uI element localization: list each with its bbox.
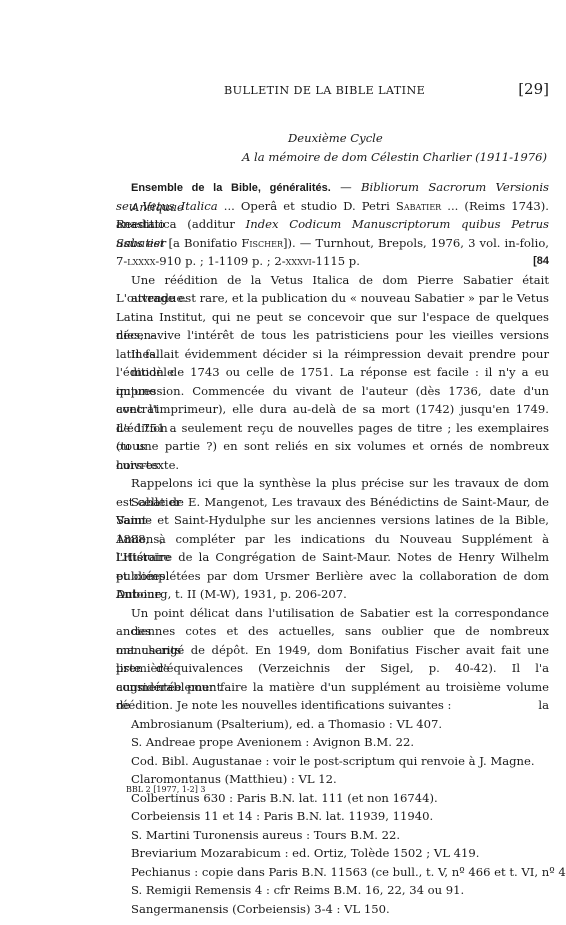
- list-item: Sangermanensis (Corbeiensis) 3-4 : VL 15…: [116, 900, 549, 919]
- entry-line: usus est [a Bonifatio Fischer]). — Turnh…: [116, 234, 549, 253]
- list-item: Cod. Bibl. Augustanae : voir le post-scr…: [116, 752, 549, 771]
- list-item: Breviarium Mozarabicum : ed. Ortiz, Tolè…: [116, 844, 549, 863]
- list-item: S. Martini Turonensis aureus : Tours B.M…: [116, 826, 549, 845]
- page-footer-signature: BBL 2 [1977, 1-2] 3: [126, 785, 205, 794]
- running-title: BULLETIN DE LA BIBLE LATINE: [224, 84, 425, 97]
- list-item: S. Andreae prope Avenionem : Avignon B.M…: [116, 733, 549, 752]
- list-item: Ambrosianum (Psalterium), ed. a Thomasio…: [116, 715, 549, 734]
- entry-line: Ensemble de la Bible, généralités. — Bib…: [116, 178, 549, 197]
- entry-number: [84: [533, 252, 549, 271]
- list-item: S. Remigii Remensis 4 : cfr Reims B.M. 1…: [116, 881, 549, 900]
- dedication: A la mémoire de dom Célestin Charlier (1…: [116, 148, 549, 167]
- list-item: Pechianus : copie dans Paris B.N. 11563 …: [116, 863, 549, 882]
- entry-line: 7-lxxxx-910 p. ; 1-1109 p. ; 2-xxxvi-111…: [116, 252, 549, 271]
- page-number: [29]: [518, 80, 549, 98]
- entry-line: anastatica (additur Index Codicum Manusc…: [116, 215, 549, 234]
- entry-heading: Ensemble de la Bible, généralités.: [131, 182, 331, 194]
- paragraph-2: Il fallait évidemment décider si la réim…: [116, 345, 549, 475]
- identifications-list: Ambrosianum (Psalterium), ed. a Thomasio…: [116, 715, 549, 919]
- page-body: Deuxième Cycle A la mémoire de dom Céles…: [116, 129, 549, 918]
- document-page: BULLETIN DE LA BIBLE LATINE [29] Deuxièm…: [0, 0, 566, 925]
- paragraph-4: Un point délicat dans l'utilisation de S…: [116, 604, 549, 715]
- entry-line: seu Vetus Italica ... Operâ et studio D.…: [116, 197, 549, 216]
- cycle-heading: Deuxième Cycle: [116, 129, 549, 148]
- page-header: BULLETIN DE LA BIBLE LATINE [29]: [116, 82, 549, 102]
- paragraph-3: Rappelons ici que la synthèse la plus pr…: [116, 474, 549, 604]
- paragraph-1: Une réédition de la Vetus Italica de dom…: [116, 271, 549, 345]
- list-item: Corbeiensis 11 et 14 : Paris B.N. lat. 1…: [116, 807, 549, 826]
- bibliographic-entry: Ensemble de la Bible, généralités. — Bib…: [116, 178, 549, 271]
